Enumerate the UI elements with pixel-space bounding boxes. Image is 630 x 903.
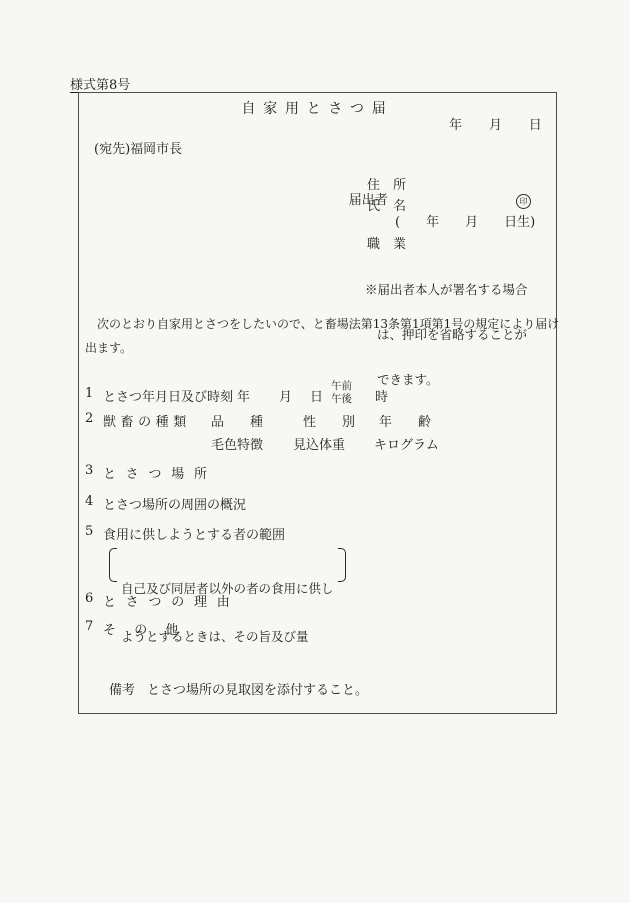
body-paragraph-line1: 次のとおり自家用とさつをしたいので、と畜場法第13条第1項第1号の規定により届け xyxy=(85,315,559,332)
item1-number: 1 xyxy=(85,386,93,401)
item1-ampm-stack: 午前午後 xyxy=(331,380,352,406)
item2-weight-label: 見込体重 xyxy=(293,434,345,453)
signature-note-line3: できます。 xyxy=(365,372,528,387)
item1-label: とさつ年月日及び時刻 xyxy=(103,386,233,405)
bracket-open-icon xyxy=(109,548,117,582)
signature-note-line1: ※届出者本人が署名する場合 xyxy=(365,282,528,297)
addressee-line: (宛先)福岡市長 xyxy=(94,138,182,157)
item4-label: とさつ場所の周囲の概況 xyxy=(103,494,246,513)
document-page: 様式第8号 自家用とさつ届 年 月 日 (宛先)福岡市長 届出者 住 所 氏 名… xyxy=(0,0,630,903)
bracket-note-text: 自己及び同居者以外の者の食用に供し ようとするときは、その旨及び量 xyxy=(121,548,334,582)
item3-number: 3 xyxy=(85,463,93,478)
item1-am-label: 午前 xyxy=(331,380,352,392)
item5-label: 食用に供しようとする者の範囲 xyxy=(103,524,285,543)
remarks-label: 備考 xyxy=(109,679,135,698)
item4-surroundings: 4 とさつ場所の周囲の概況 xyxy=(79,494,556,511)
item2-livestock-type: 2 獣畜の種類 品 種 性 別 年 齢 xyxy=(79,411,556,428)
item2-age-label: 年 齢 xyxy=(379,411,431,430)
form-border-box: 自家用とさつ届 年 月 日 (宛先)福岡市長 届出者 住 所 氏 名 印 ( 年… xyxy=(78,92,557,714)
item1-slaughter-datetime: 1 とさつ年月日及び時刻 年 月 日 午前午後 時 xyxy=(79,386,556,403)
item2-kilogram-label: キログラム xyxy=(374,434,439,453)
item6-slaughter-reason: 6 とさつの理由 xyxy=(79,591,556,608)
item2-second-row: 毛色特徴 見込体重 キログラム xyxy=(79,434,556,451)
item2-breed-label: 品 種 xyxy=(211,411,263,430)
item2-coat-label: 毛色特徴 xyxy=(211,434,263,453)
seal-mark-icon: 印 xyxy=(516,194,531,209)
item5-bracket-note: 自己及び同居者以外の者の食用に供し ようとするときは、その旨及び量 xyxy=(109,548,346,582)
body-paragraph-line2: 出ます。 xyxy=(85,339,132,356)
item6-number: 6 xyxy=(85,591,93,606)
item7-label: その他 xyxy=(103,619,197,638)
item3-slaughter-place: 3 とさつ場所 xyxy=(79,463,556,480)
address-label: 住 所 xyxy=(367,174,406,193)
item2-label: 獣畜の種類 xyxy=(103,411,191,430)
item7-other: 7 その他 xyxy=(79,619,556,636)
date-line: 年 月 日 xyxy=(449,114,542,133)
item4-number: 4 xyxy=(85,494,93,509)
birthdate-line: ( 年 月 日生) xyxy=(395,211,535,230)
item1-year-label: 年 xyxy=(237,386,250,405)
item2-sex-label: 性 別 xyxy=(303,411,355,430)
item2-number: 2 xyxy=(85,411,93,426)
item7-number: 7 xyxy=(85,619,93,634)
bracket-close-icon xyxy=(338,548,346,582)
item1-month-label: 月 xyxy=(279,386,292,405)
item6-label: とさつの理由 xyxy=(103,591,240,610)
item3-label: とさつ場所 xyxy=(103,463,217,482)
remarks-text: とさつ場所の見取図を添付すること。 xyxy=(147,679,368,698)
form-number: 様式第8号 xyxy=(70,74,130,93)
item1-hour-label: 時 xyxy=(375,386,388,405)
item1-pm-label: 午後 xyxy=(331,393,352,405)
item5-number: 5 xyxy=(85,524,93,539)
occupation-label: 職 業 xyxy=(367,233,406,252)
item1-day-label: 日 xyxy=(310,386,323,405)
item5-consumer-range: 5 食用に供しようとする者の範囲 xyxy=(79,524,556,541)
remarks-line: 備考 とさつ場所の見取図を添付すること。 xyxy=(79,679,556,696)
